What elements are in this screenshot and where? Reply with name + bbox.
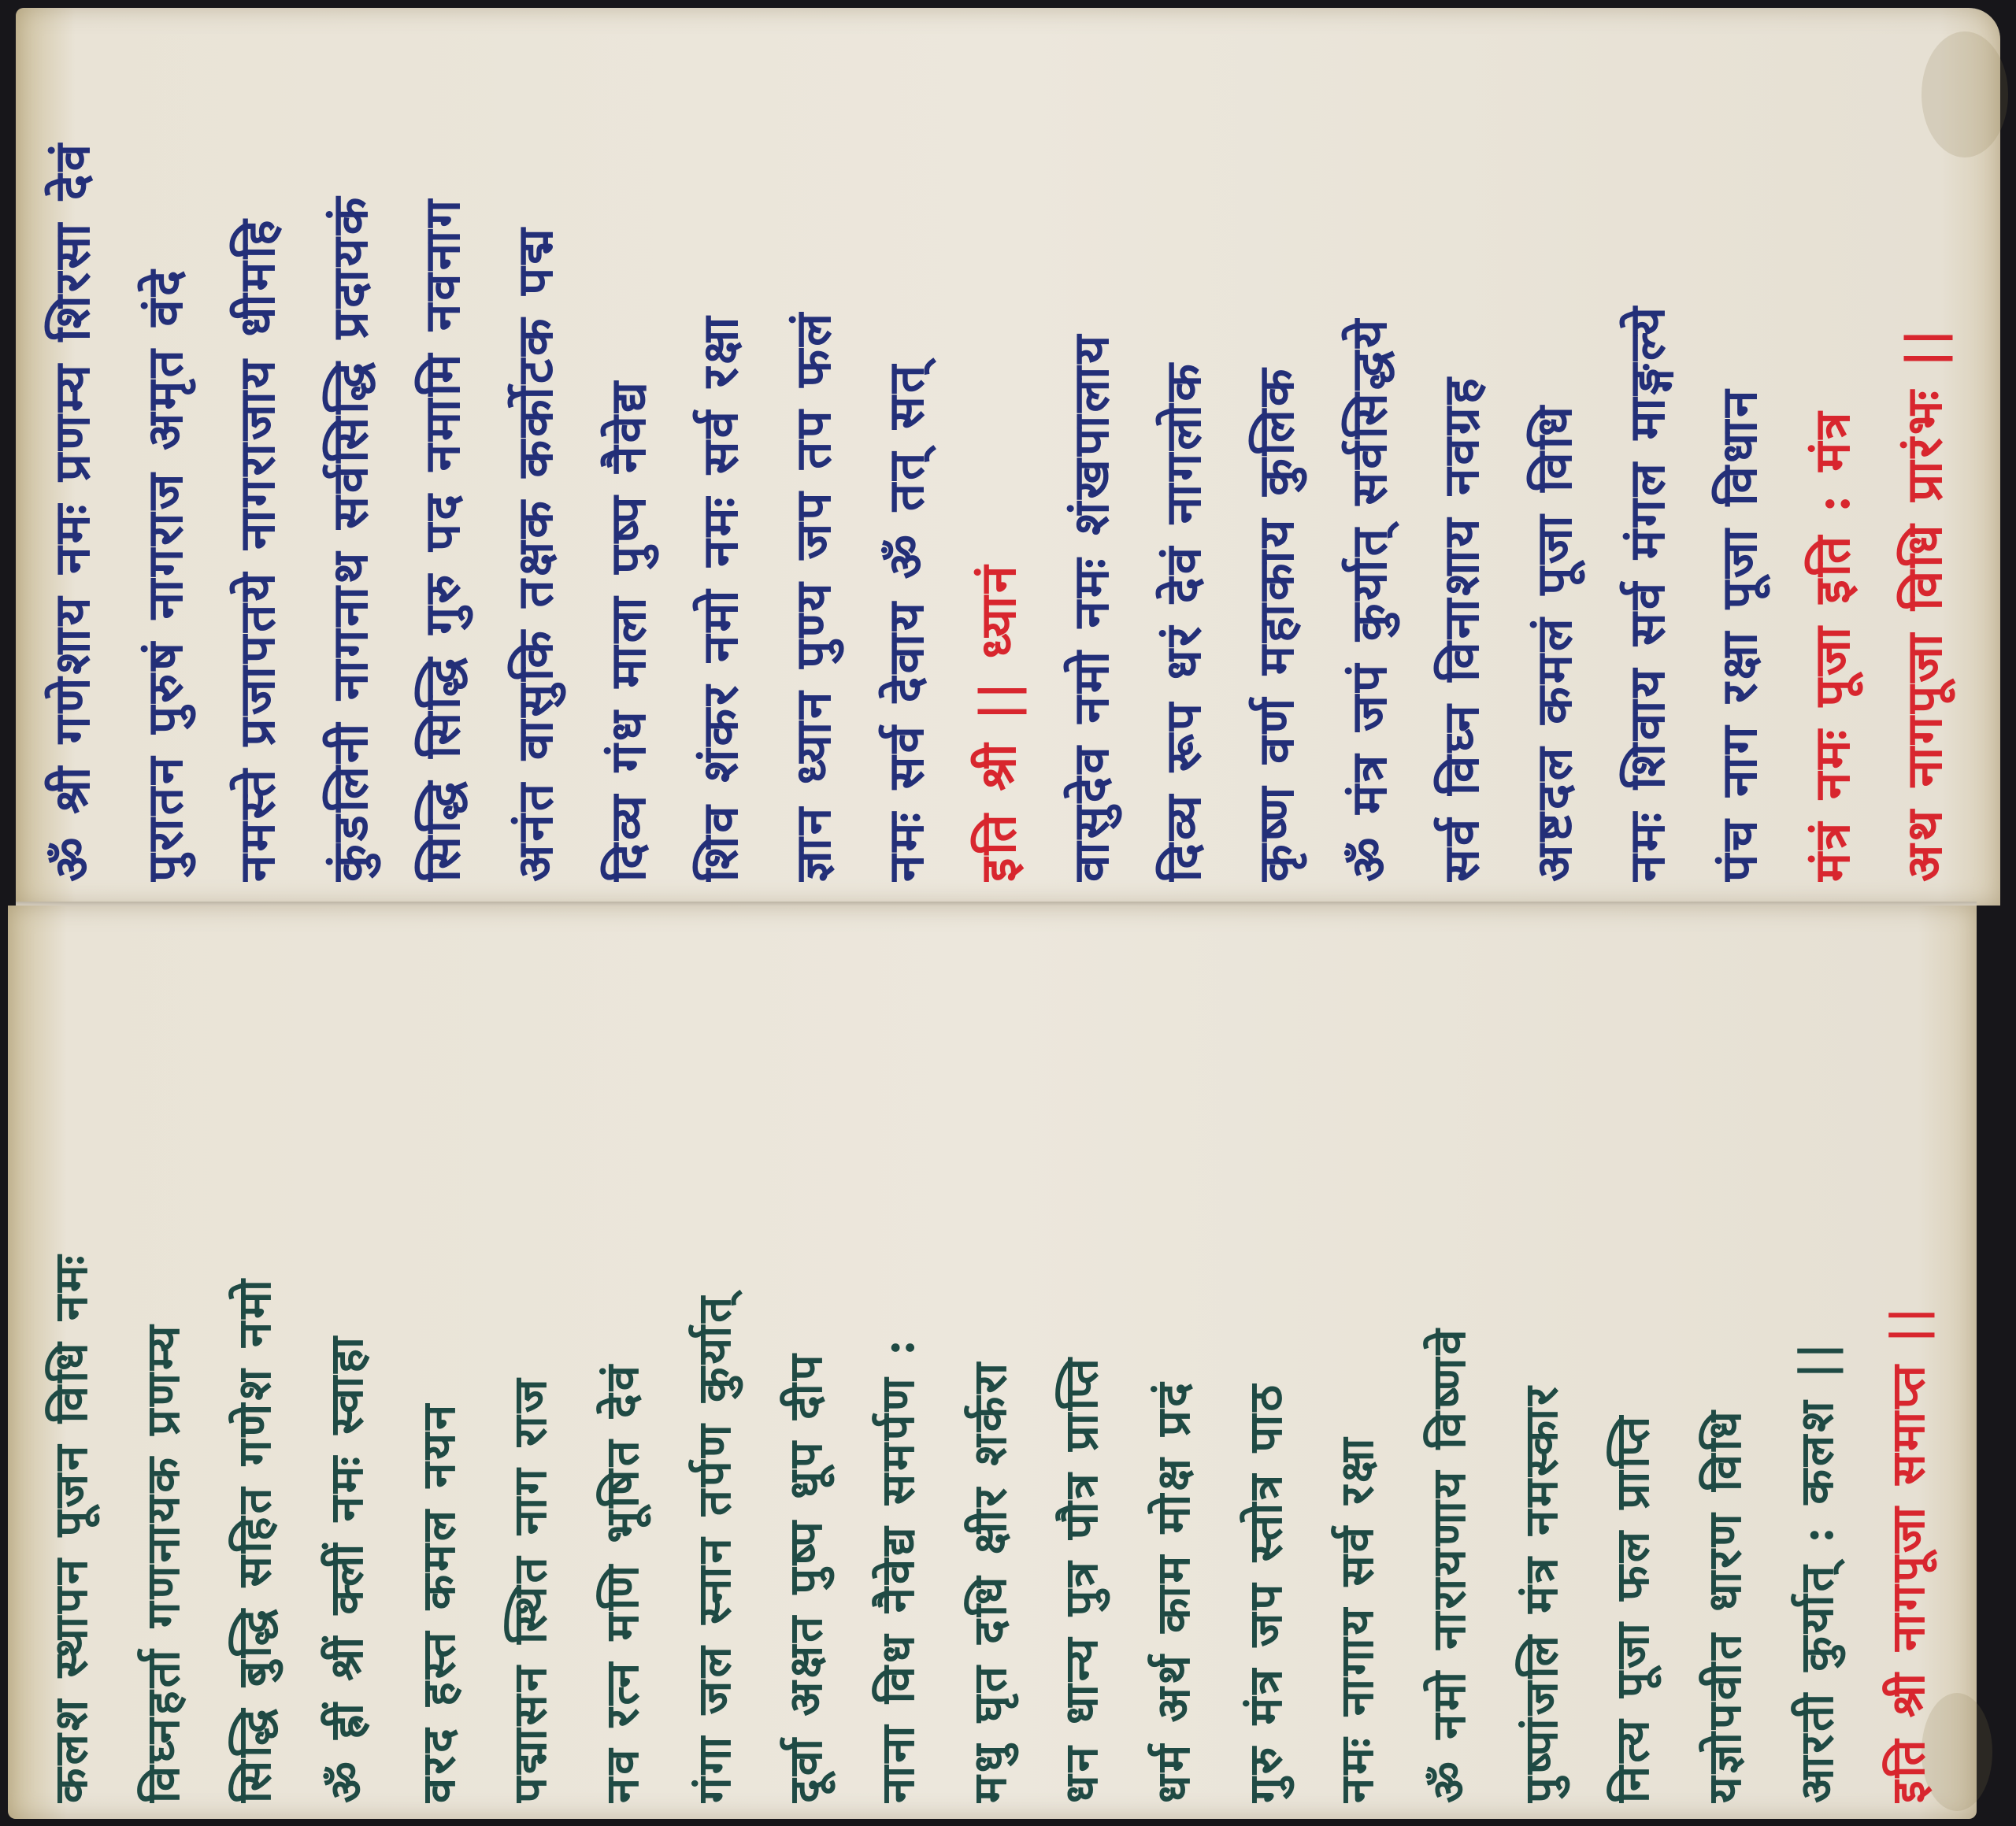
manuscript-text-column: सिद्धि सिद्धि गुरु पद नमामि नवनाग [409,31,496,882]
manuscript-text-column: कृष्ण वर्ण महाकाय कुलिक [1243,31,1330,882]
manuscript-text-column: दूर्वा अक्षत पुष्प धूप दीप [774,929,860,1803]
manuscript-text-column: धन धान्य पुत्र पौत्र प्राप्ति [1050,929,1136,1803]
manuscript-text-column: सर्व विघ्न विनाशाय नवग्रह [1429,31,1515,882]
manuscript-text-column: इति श्री नागपूजा समाप्त || [1877,929,1962,1803]
manuscript-text-column: अथ नागपूजा विधि प्रारंभः || [1892,31,1978,882]
manuscript-text-column: मधु घृत दधि क्षीर शर्करा [958,929,1044,1803]
manuscript-text-column: ॐ श्री गणेशाय नमः प्रणम्य शिरसा देवं [39,31,126,882]
manuscript-text-column: नित्य पूजा फल प्राप्ति [1601,929,1687,1803]
manuscript-text-column: नमः शिवाय सर्व मंगल माङ्गल्ये [1614,31,1701,882]
manuscript-text-column: विघ्नहर्ता गणनायक प्रणम्य [132,929,217,1803]
manuscript-text-column: वासुदेव नमो नमः शंखपालाय [1058,31,1145,882]
manuscript-text-column: नमः नागाय सर्व रक्षा [1325,929,1411,1803]
manuscript-text-column: ज्ञान ध्यान पुण्य जप तप फलं [780,31,867,882]
manuscript-text-column: आरती कुर्यात् : कलश || [1785,929,1871,1803]
manuscript-text-column: धर्म अर्थ काम मोक्ष प्रदं [1142,929,1228,1803]
manuscript-text-column: नमस्ते प्रजापतये नागराजाय धीमहि [224,31,311,882]
manuscript-text-column: ॐ नमो नारायणाय विष्णवे [1417,929,1503,1803]
manuscript-text-column: ॐ ह्रीं श्रीं क्लीं नमः स्वाहा [315,929,401,1803]
manuscript-text-column: यज्ञोपवीत धारण विधि [1693,929,1779,1803]
manuscript-text-column: पंच नाग रक्षा पूजा विधान [1707,31,1793,882]
manuscript-text-column: पुष्पांजलि मंत्र नमस्कार [1510,929,1595,1803]
manuscript-text-column: अनंत वासुकि तक्षक कर्कोटक पद्म [502,31,589,882]
manuscript-text-column: गंगा जल स्नान तर्पण कुर्यात् [683,929,769,1803]
manuscript-text-column: इति श्री || ध्यानं [965,31,1052,882]
manuscript-text-column: गुरु मंत्र जप स्तोत्र पाठ [1234,929,1320,1803]
manuscript-text-column: सिद्धि बुद्धि सहित गणेश नमो [223,929,309,1803]
manuscript-text-column: अष्टदल कमलं पूजा विधि [1521,31,1608,882]
manuscript-text-column: नाना विध नैवेद्य समर्पण : [866,929,952,1803]
manuscript-text-column: नमः सर्व देवाय ॐ तत् सत् [873,31,960,882]
manuscript-text-column: कुंडलिनी नागनाथ सर्वसिद्धि प्रदायकं [317,31,404,882]
manuscript-text-column: शिव शंकर नमो नमः सर्व रक्षा [687,31,774,882]
manuscript-text-column: कलश स्थापन पूजन विधि नमः [39,929,125,1803]
manuscript-text-column: दिव्य रूप धरं देवं नागलोक [1151,31,1237,882]
manuscript-text-column: पद्मासन स्थित नाग राज [498,929,584,1803]
manuscript-text-column: पुरातन पुरुषं नागराज अमृत वंदे [132,31,219,882]
manuscript-text-column: मंत्रं नमः पूजा इति : मंत्र [1799,31,1886,882]
manuscript-text-column: नव रत्न मणि भूषित देवं [591,929,676,1803]
manuscript-text-column: वरद हस्त कमल नयन [407,929,493,1803]
manuscript-text-column: ॐ मंत्र जपं कुर्यात् सर्वसिद्धये [1336,31,1423,882]
manuscript-text-column: दिव्य गंध माला पुष्प नैवेद्य [595,31,682,882]
